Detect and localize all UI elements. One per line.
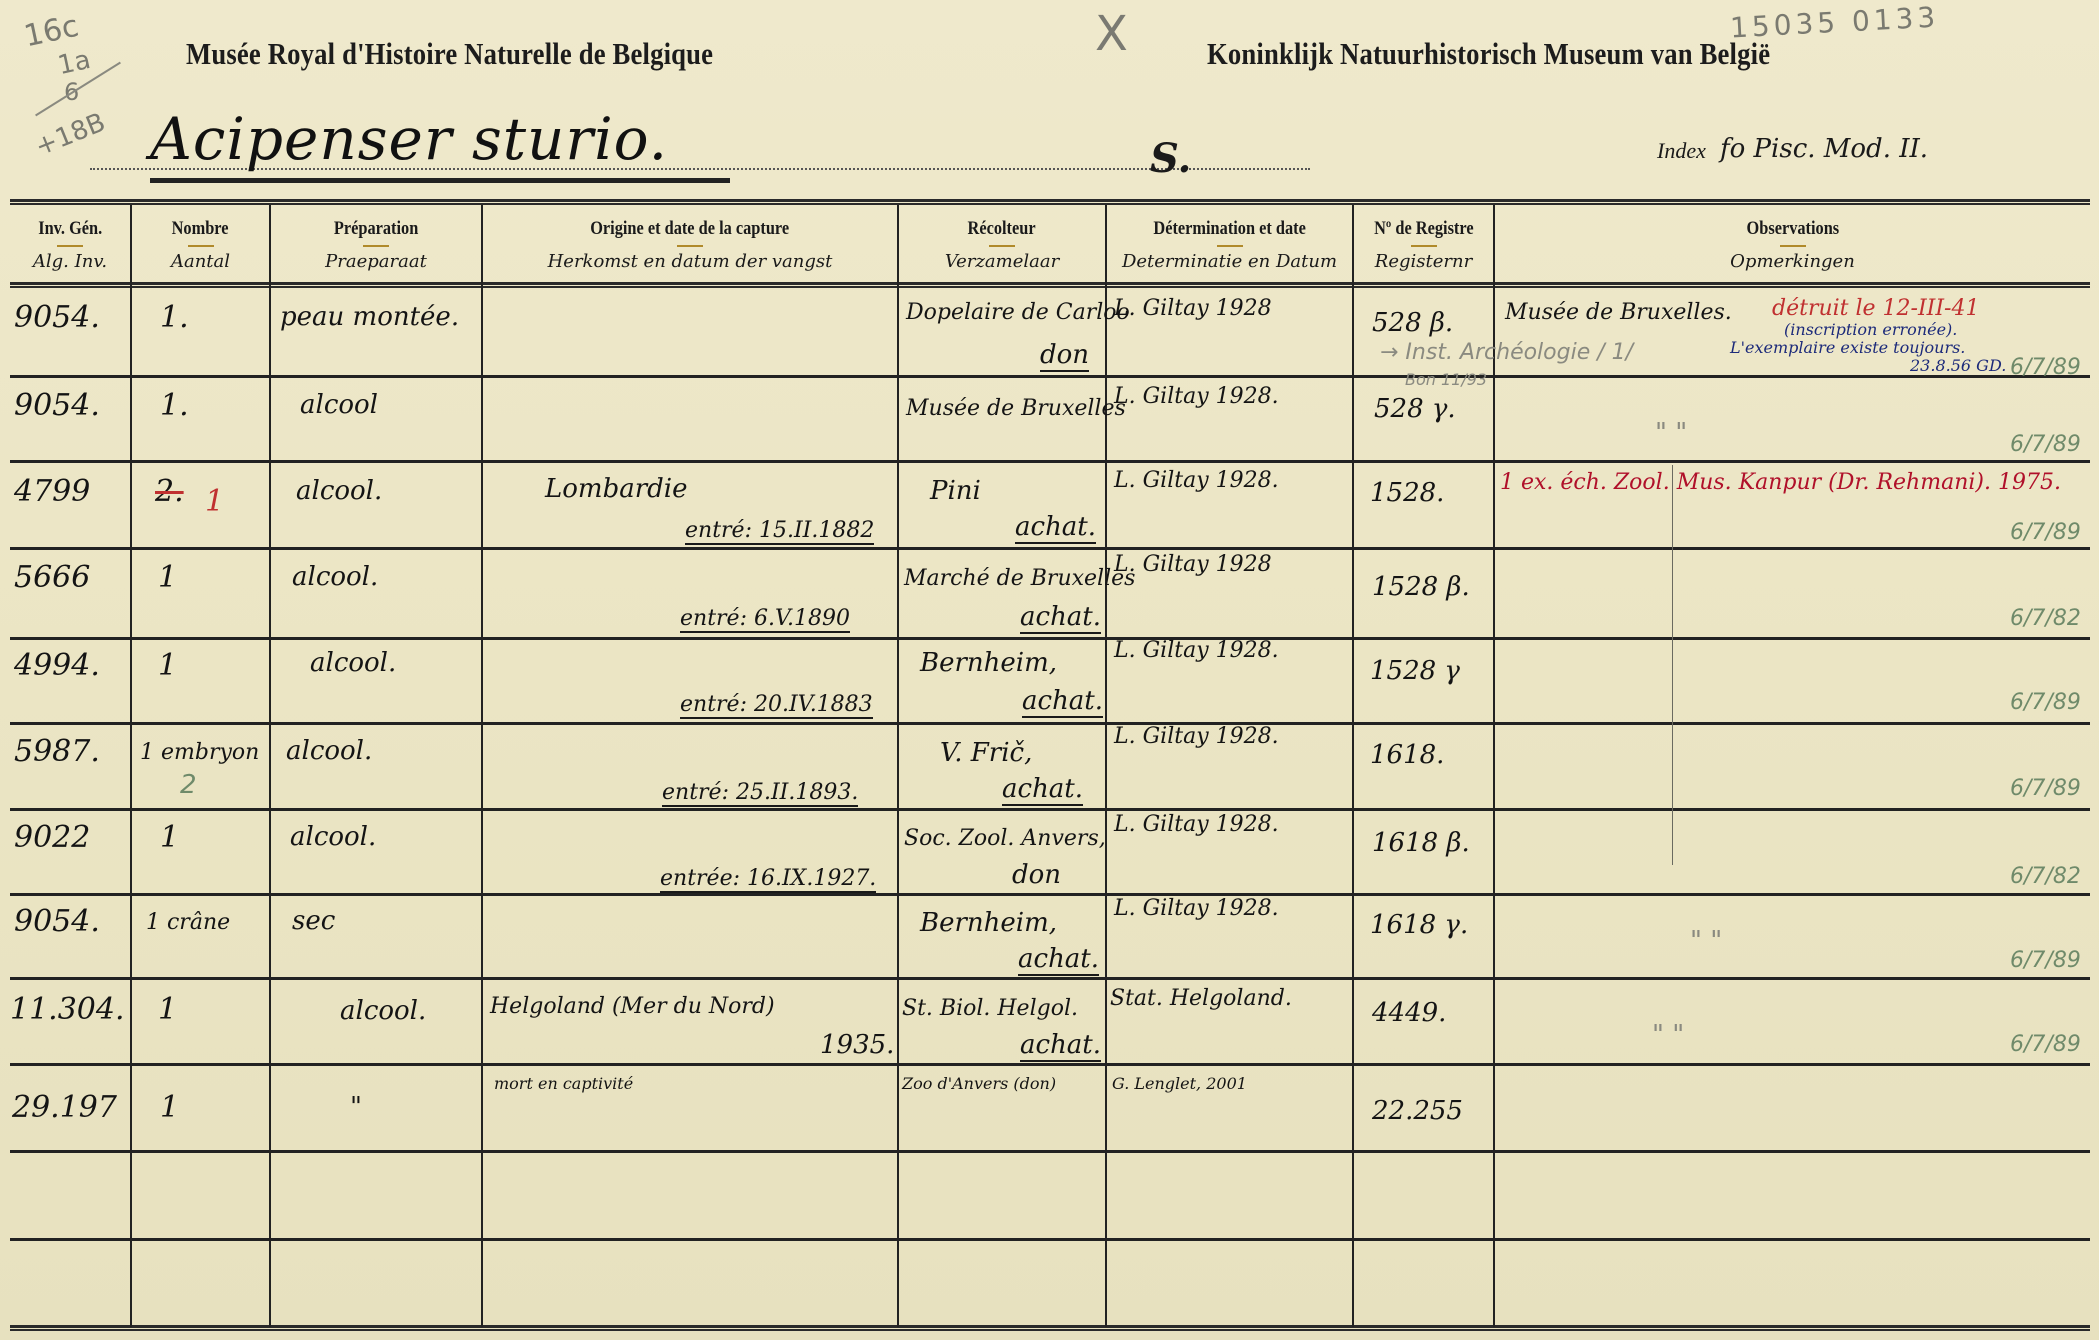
observation-red-note: détruit le 12-III-41 [1772, 296, 1979, 321]
institution-title-nl: Koninklijk Natuurhistorisch Museum van B… [1207, 36, 1770, 72]
cell-preparation: alcool. [340, 996, 426, 1026]
header-nl: Verzamelaar [945, 251, 1059, 272]
catalog-number: 15035 0133 [1729, 1, 1940, 45]
cell-recolteur-mode: achat. [1022, 686, 1103, 718]
header-fr: Origine et date de la capture [591, 218, 790, 240]
cell-nombre-pencil: 2 [180, 770, 197, 800]
cell-recolteur: St. Biol. Helgol. [902, 996, 1078, 1021]
row-rule [10, 893, 2090, 896]
header-dash [363, 245, 389, 247]
cell-recolteur: Soc. Zool. Anvers, [904, 826, 1106, 851]
check-date: 6/7/89 [2010, 776, 2081, 801]
cell-origine: mort en captivité [494, 1074, 633, 1093]
cell-origine-date: entrée: 16.IX.1927. [660, 866, 876, 893]
cell-registre: 22.255 [1372, 1096, 1463, 1126]
observation-pencil-ditto: " " [1690, 926, 1722, 956]
header-fr: Nombre [172, 218, 229, 240]
column-header-observations: Observations Opmerkingen [1495, 208, 2090, 282]
cell-preparation: sec [292, 906, 335, 936]
index-value: fo Pisc. Mod. II. [1720, 134, 1928, 164]
species-underline [150, 178, 730, 183]
header-nl: Opmerkingen [1730, 251, 1855, 272]
cell-nombre: 1 [160, 820, 179, 855]
cell-preparation: alcool. [286, 736, 372, 766]
institution-title-fr: Musée Royal d'Histoire Naturelle de Belg… [186, 36, 713, 72]
header-fr: Inv. Gén. [38, 218, 102, 240]
check-date: 6/7/89 [2010, 520, 2081, 545]
column-header-determination: Détermination et date Determinatie en Da… [1107, 208, 1352, 282]
cell-determination: L. Giltay 1928. [1114, 896, 1279, 921]
cell-observations: Musée de Bruxelles. [1505, 300, 1732, 325]
cell-nombre: 1 [158, 648, 177, 683]
corner-pencil-notes: 16c 1a 6 +18B [18, 8, 128, 168]
cell-determination: Stat. Helgoland. [1110, 986, 1292, 1011]
table-row-empty [10, 1153, 2090, 1238]
index-label: Index [1657, 138, 1706, 164]
check-date: 6/7/89 [2010, 355, 2081, 380]
cell-recolteur: Pini [930, 476, 981, 506]
header-fr: Récolteur [968, 218, 1036, 240]
cell-nombre: 1. [160, 300, 189, 335]
observation-crimson-note: 1 ex. éch. Zool. Mus. Kanpur (Dr. Rehman… [1500, 470, 2061, 495]
header-nl: Alg. Inv. [33, 251, 107, 272]
header-bottom-rule [10, 282, 2090, 288]
cell-recolteur: Musée de Bruxelles [906, 396, 1126, 421]
cell-preparation: alcool. [310, 648, 396, 678]
cell-registre: 1528 γ [1370, 656, 1460, 686]
check-date: 6/7/82 [2010, 606, 2081, 631]
cell-registre: 1528 β. [1372, 572, 1470, 602]
cell-inv: 9054. [14, 904, 100, 939]
row-rule [10, 375, 2090, 378]
header-nl: Registernr [1375, 251, 1472, 272]
cell-determination: L. Giltay 1928. [1114, 468, 1279, 493]
row-rule [10, 547, 2090, 550]
check-date: 6/7/89 [2010, 1032, 2081, 1057]
table-bottom-rule [10, 1325, 2090, 1331]
cell-registre: 4449. [1372, 998, 1446, 1028]
cell-determination: L. Giltay 1928. [1114, 812, 1279, 837]
observation-blue-note-2: L'exemplaire existe toujours. [1730, 338, 1965, 357]
observation-blue-note-3: 23.8.56 GD. [1910, 356, 2006, 375]
cell-registre: 1618 γ. [1370, 910, 1468, 940]
header-nl: Herkomst en datum der vangst [548, 251, 833, 272]
cell-determination: L. Giltay 1928. [1114, 384, 1279, 409]
row-rule [10, 637, 2090, 640]
cell-inv: 9054. [14, 388, 100, 423]
cell-recolteur-mode: achat. [1015, 512, 1096, 544]
cell-inv: 11.304. [10, 992, 125, 1027]
check-date: 6/7/89 [2010, 432, 2081, 457]
cell-preparation: peau montée. [280, 302, 459, 332]
row-rule [10, 722, 2090, 725]
header-dash [1411, 245, 1437, 247]
cell-registre: 1528. [1370, 478, 1444, 508]
cell-inv: 4799 [14, 474, 90, 509]
observation-blue-note-1: (inscription erronée). [1784, 320, 1957, 339]
column-header-nombre: Nombre Aantal [132, 208, 269, 282]
cell-inv: 29.197 [12, 1090, 117, 1125]
cell-origine-date: entré: 6.V.1890 [680, 606, 850, 633]
header-fr: Nº de Registre [1374, 218, 1473, 240]
cell-origine-date: entré: 20.IV.1883 [680, 692, 873, 719]
check-date: 6/7/82 [2010, 864, 2081, 889]
cell-recolteur-mode: achat. [1002, 774, 1083, 806]
cell-recolteur-mode: achat. [1020, 1030, 1101, 1062]
header-nl: Praeparaat [325, 251, 427, 272]
header-dash [57, 245, 83, 247]
cell-determination: L. Giltay 1928. [1114, 638, 1279, 663]
cell-recolteur: Bernheim, [920, 648, 1057, 678]
pencil-note-2: 1a [55, 45, 93, 81]
cell-recolteur-mode: achat. [1020, 602, 1101, 634]
cell-recolteur-mode: don [1040, 340, 1089, 372]
cell-origine-date: entré: 25.II.1893. [662, 780, 858, 807]
cell-recolteur-mode: achat. [1018, 944, 1099, 976]
table-top-rule [10, 199, 2090, 205]
header-dash [677, 245, 703, 247]
cell-recolteur: Zoo d'Anvers (don) [902, 1074, 1056, 1093]
cell-nombre: 1. [160, 388, 189, 423]
header-dash [989, 245, 1015, 247]
cell-nombre: 1 [158, 992, 177, 1027]
cell-determination: G. Lenglet, 2001 [1112, 1074, 1247, 1093]
cell-origine-date: 1935. [820, 1030, 894, 1060]
row-rule [10, 808, 2090, 811]
cell-origine-date: entré: 15.II.1882 [685, 518, 874, 545]
column-header-preparation: Préparation Praeparaat [271, 208, 481, 282]
table-row-empty [10, 1241, 2090, 1325]
cell-nombre: 1 crâne [146, 910, 230, 935]
header-dash [1217, 245, 1243, 247]
cell-preparation: alcool. [296, 476, 382, 506]
cell-registre: 528 β. [1372, 308, 1453, 338]
specimen-catalog-card: 16c 1a 6 +18B Musée Royal d'Histoire Nat… [0, 0, 2099, 1340]
cell-nombre-correction: 1 [205, 484, 224, 519]
column-header-origine: Origine et date de la capture Herkomst e… [483, 208, 897, 282]
pencil-note-4: +18B [31, 107, 110, 162]
cell-preparation: alcool. [290, 822, 376, 852]
cell-recolteur: Dopelaire de Carloo [906, 300, 1130, 325]
cell-recolteur: Bernheim, [920, 908, 1057, 938]
cell-inv: 9054. [14, 300, 100, 335]
row-rule [10, 977, 2090, 980]
cell-recolteur: V. Frič, [940, 738, 1032, 768]
observation-pencil-ditto: " " [1652, 1020, 1684, 1050]
cell-inv: 4994. [14, 648, 100, 683]
header-fr: Observations [1746, 218, 1839, 240]
cell-origine: Lombardie [545, 474, 688, 504]
check-date: 6/7/89 [2010, 948, 2081, 973]
cell-registre: 1618. [1370, 740, 1444, 770]
row-rule [10, 460, 2090, 463]
column-header-inv: Inv. Gén. Alg. Inv. [10, 208, 130, 282]
x-mark: X [1095, 6, 1128, 62]
cell-registre: 528 γ. [1374, 394, 1456, 424]
cell-preparation: " [350, 1092, 362, 1122]
header-dash [1780, 245, 1806, 247]
cell-recolteur-mode: don [1012, 860, 1061, 890]
pencil-vertical-line [1672, 465, 1673, 865]
column-header-recolteur: Récolteur Verzamelaar [899, 208, 1105, 282]
header-nl: Determinatie en Datum [1122, 251, 1337, 272]
header-dash [188, 245, 214, 247]
cell-inv: 9022 [14, 820, 90, 855]
observation-pencil-ditto: " " [1655, 418, 1687, 448]
cell-inv: 5987. [14, 734, 100, 769]
cell-recolteur: Marché de Bruxelles [904, 566, 1135, 591]
cell-determination: L. Giltay 1928 [1114, 552, 1272, 577]
cell-nombre: 1 [158, 560, 177, 595]
column-header-registre: Nº de Registre Registernr [1354, 208, 1493, 282]
species-name: Acipenser sturio. [150, 105, 668, 173]
cell-nombre: 1 [160, 1090, 179, 1125]
cell-determination: L. Giltay 1928. [1114, 724, 1279, 749]
cell-preparation: alcool. [292, 562, 378, 592]
cell-registre: 1618 β. [1372, 828, 1470, 858]
cell-origine: Helgoland (Mer du Nord) [490, 994, 775, 1019]
cell-nombre-struck: 2. [155, 474, 184, 509]
header-fr: Préparation [334, 218, 418, 240]
header-nl: Aantal [171, 251, 230, 272]
row-rule [10, 1063, 2090, 1066]
header-fr: Détermination et date [1153, 218, 1305, 240]
cell-preparation: alcool [300, 390, 378, 420]
observation-pencil-note: → Inst. Archéologie / 1/ [1380, 340, 1633, 365]
sex-mark: S. [1150, 135, 1191, 182]
cell-nombre: 1 embryon [140, 740, 259, 765]
check-date: 6/7/89 [2010, 690, 2081, 715]
cell-inv: 5666 [14, 560, 90, 595]
observation-pencil-note-2: Bon 11/93 [1405, 370, 1487, 389]
cell-determination: L. Giltay 1928 [1114, 296, 1272, 321]
